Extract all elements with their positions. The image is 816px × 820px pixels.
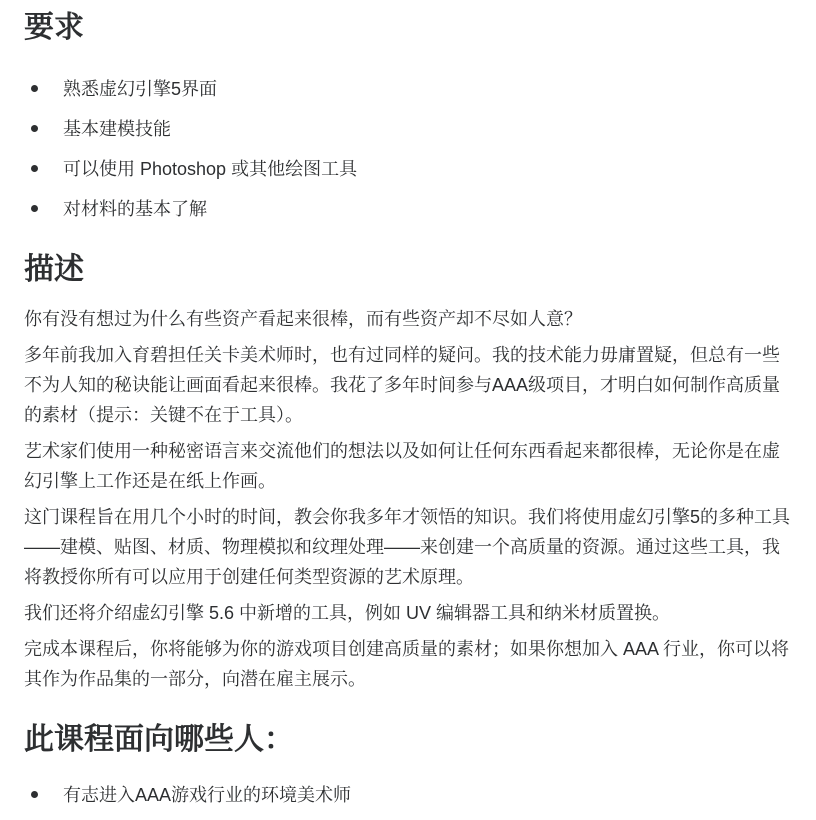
requirement-item-text: 基本建模技能	[63, 119, 171, 139]
requirements-section: 要求 熟悉虚幻引擎5界面 基本建模技能 可以使用 Photoshop 或其他绘图…	[24, 10, 792, 224]
bullet-icon	[31, 125, 38, 132]
description-paragraph: 这门课程旨在用几个小时的时间，教会你我多年才领悟的知识。我们将使用虚幻引擎5的多…	[24, 502, 792, 592]
description-paragraph: 艺术家们使用一种秘密语言来交流他们的想法以及如何让任何东西看起来都很棒，无论你是…	[24, 436, 792, 496]
description-paragraph: 多年前我加入育碧担任关卡美术师时，也有过同样的疑问。我的技术能力毋庸置疑，但总有…	[24, 340, 792, 430]
description-section: 描述 你有没有想过为什么有些资产看起来很棒，而有些资产却不尽如人意？ 多年前我加…	[24, 252, 792, 694]
requirement-item: 可以使用 Photoshop 或其他绘图工具	[24, 154, 792, 184]
audience-item-text: 有志进入AAA游戏行业的环境美术师	[63, 785, 351, 805]
bullet-icon	[31, 791, 38, 798]
course-details: 要求 熟悉虚幻引擎5界面 基本建模技能 可以使用 Photoshop 或其他绘图…	[24, 10, 792, 810]
requirements-heading: 要求	[24, 10, 792, 46]
audience-section: 此课程面向哪些人： 有志进入AAA游戏行业的环境美术师	[24, 722, 792, 810]
audience-item: 有志进入AAA游戏行业的环境美术师	[24, 780, 792, 810]
bullet-icon	[31, 165, 38, 172]
audience-heading: 此课程面向哪些人：	[24, 722, 792, 758]
requirement-item-text: 可以使用 Photoshop 或其他绘图工具	[63, 159, 357, 179]
requirement-item-text: 对材料的基本了解	[63, 199, 207, 219]
bullet-icon	[31, 205, 38, 212]
description-paragraph: 我们还将介绍虚幻引擎 5.6 中新增的工具，例如 UV 编辑器工具和纳米材质置换…	[24, 598, 792, 628]
description-paragraph: 你有没有想过为什么有些资产看起来很棒，而有些资产却不尽如人意？	[24, 304, 792, 334]
requirements-list: 熟悉虚幻引擎5界面 基本建模技能 可以使用 Photoshop 或其他绘图工具 …	[24, 74, 792, 224]
requirement-item: 对材料的基本了解	[24, 194, 792, 224]
description-heading: 描述	[24, 252, 792, 288]
audience-list: 有志进入AAA游戏行业的环境美术师	[24, 780, 792, 810]
course-landing-page-content: { "colors": { "text": "#2d2f31", "backgr…	[0, 0, 816, 820]
description-paragraph: 完成本课程后，你将能够为你的游戏项目创建高质量的素材；如果你想加入 AAA 行业…	[24, 634, 792, 694]
requirement-item: 基本建模技能	[24, 114, 792, 144]
requirement-item-text: 熟悉虚幻引擎5界面	[63, 79, 217, 99]
bullet-icon	[31, 85, 38, 92]
requirement-item: 熟悉虚幻引擎5界面	[24, 74, 792, 104]
